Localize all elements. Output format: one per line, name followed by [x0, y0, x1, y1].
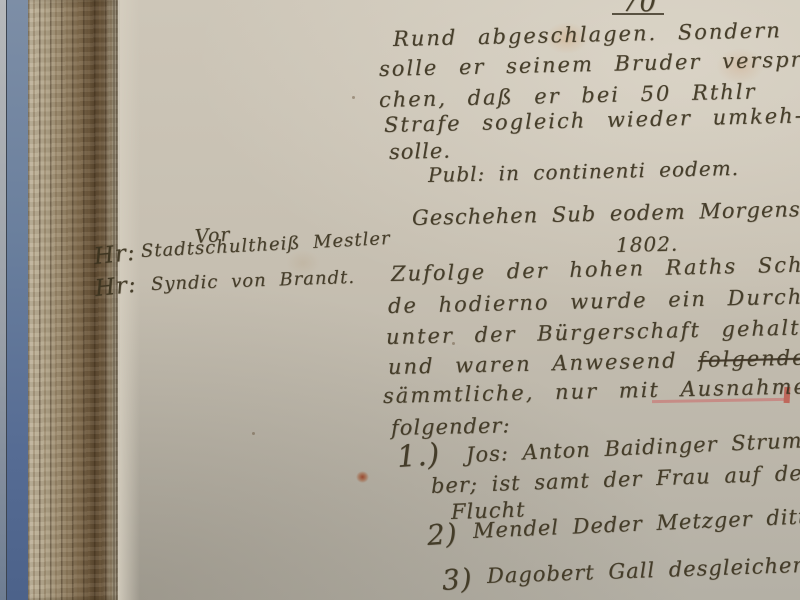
margin-note-name: Syndic von Brandt.: [151, 267, 356, 295]
entry1-line: Rund abgeschlagen. Sondern: [393, 18, 782, 51]
manuscript-photo: 70 Rund abgeschlagen. Sondern solle er s…: [0, 0, 800, 600]
session-body-line: und waren Anwesend folgende: [388, 346, 800, 379]
session-body-text: und waren Anwesend: [388, 348, 699, 379]
book-cover-blue-strip: [6, 0, 29, 600]
list-item-number: 2): [426, 517, 459, 552]
session-body-line: de hodierno wurde ein Durchgang: [388, 283, 800, 318]
session-heading: Geschehen Sub eodem Morgens 10. Uhr: [412, 195, 800, 230]
session-year: 1802.: [616, 232, 679, 257]
paper-left-highlight: [118, 0, 140, 600]
page-number: 70: [622, 0, 657, 18]
margin-note-abbr: Hr:: [94, 272, 138, 302]
margin-note-name: Stadtschultheiß Mestler: [140, 228, 391, 262]
list-item-text: Jos: Anton Baidinger Strumpfwe-: [465, 426, 800, 467]
session-body-line: folgender:: [391, 413, 511, 440]
list-item-number: 1.): [396, 437, 442, 475]
margin-note-abbr: Hr:: [93, 240, 137, 270]
session-body-line: unter der Bürgerschaft gehalten: [386, 315, 800, 349]
list-item-number: 3): [441, 562, 474, 597]
entry1-line: solle.: [389, 139, 451, 164]
paper-speck: [352, 96, 355, 99]
struck-through-word: folgende: [698, 346, 800, 372]
red-brown-spot: [356, 471, 369, 483]
session-body-line: Zufolge der hohen Raths Schluß: [391, 252, 800, 286]
list-item-text: ber; ist samt der Frau auf der: [431, 461, 800, 498]
publication-note: Publ: in continenti eodem.: [428, 156, 740, 187]
page-number-underline: [612, 13, 664, 15]
list-item-text: Dagobert Gall desgleichen.: [487, 553, 800, 588]
paper-speck: [252, 432, 255, 435]
session-body-line: sämmtliche, nur mit Ausnahme: [383, 374, 800, 408]
